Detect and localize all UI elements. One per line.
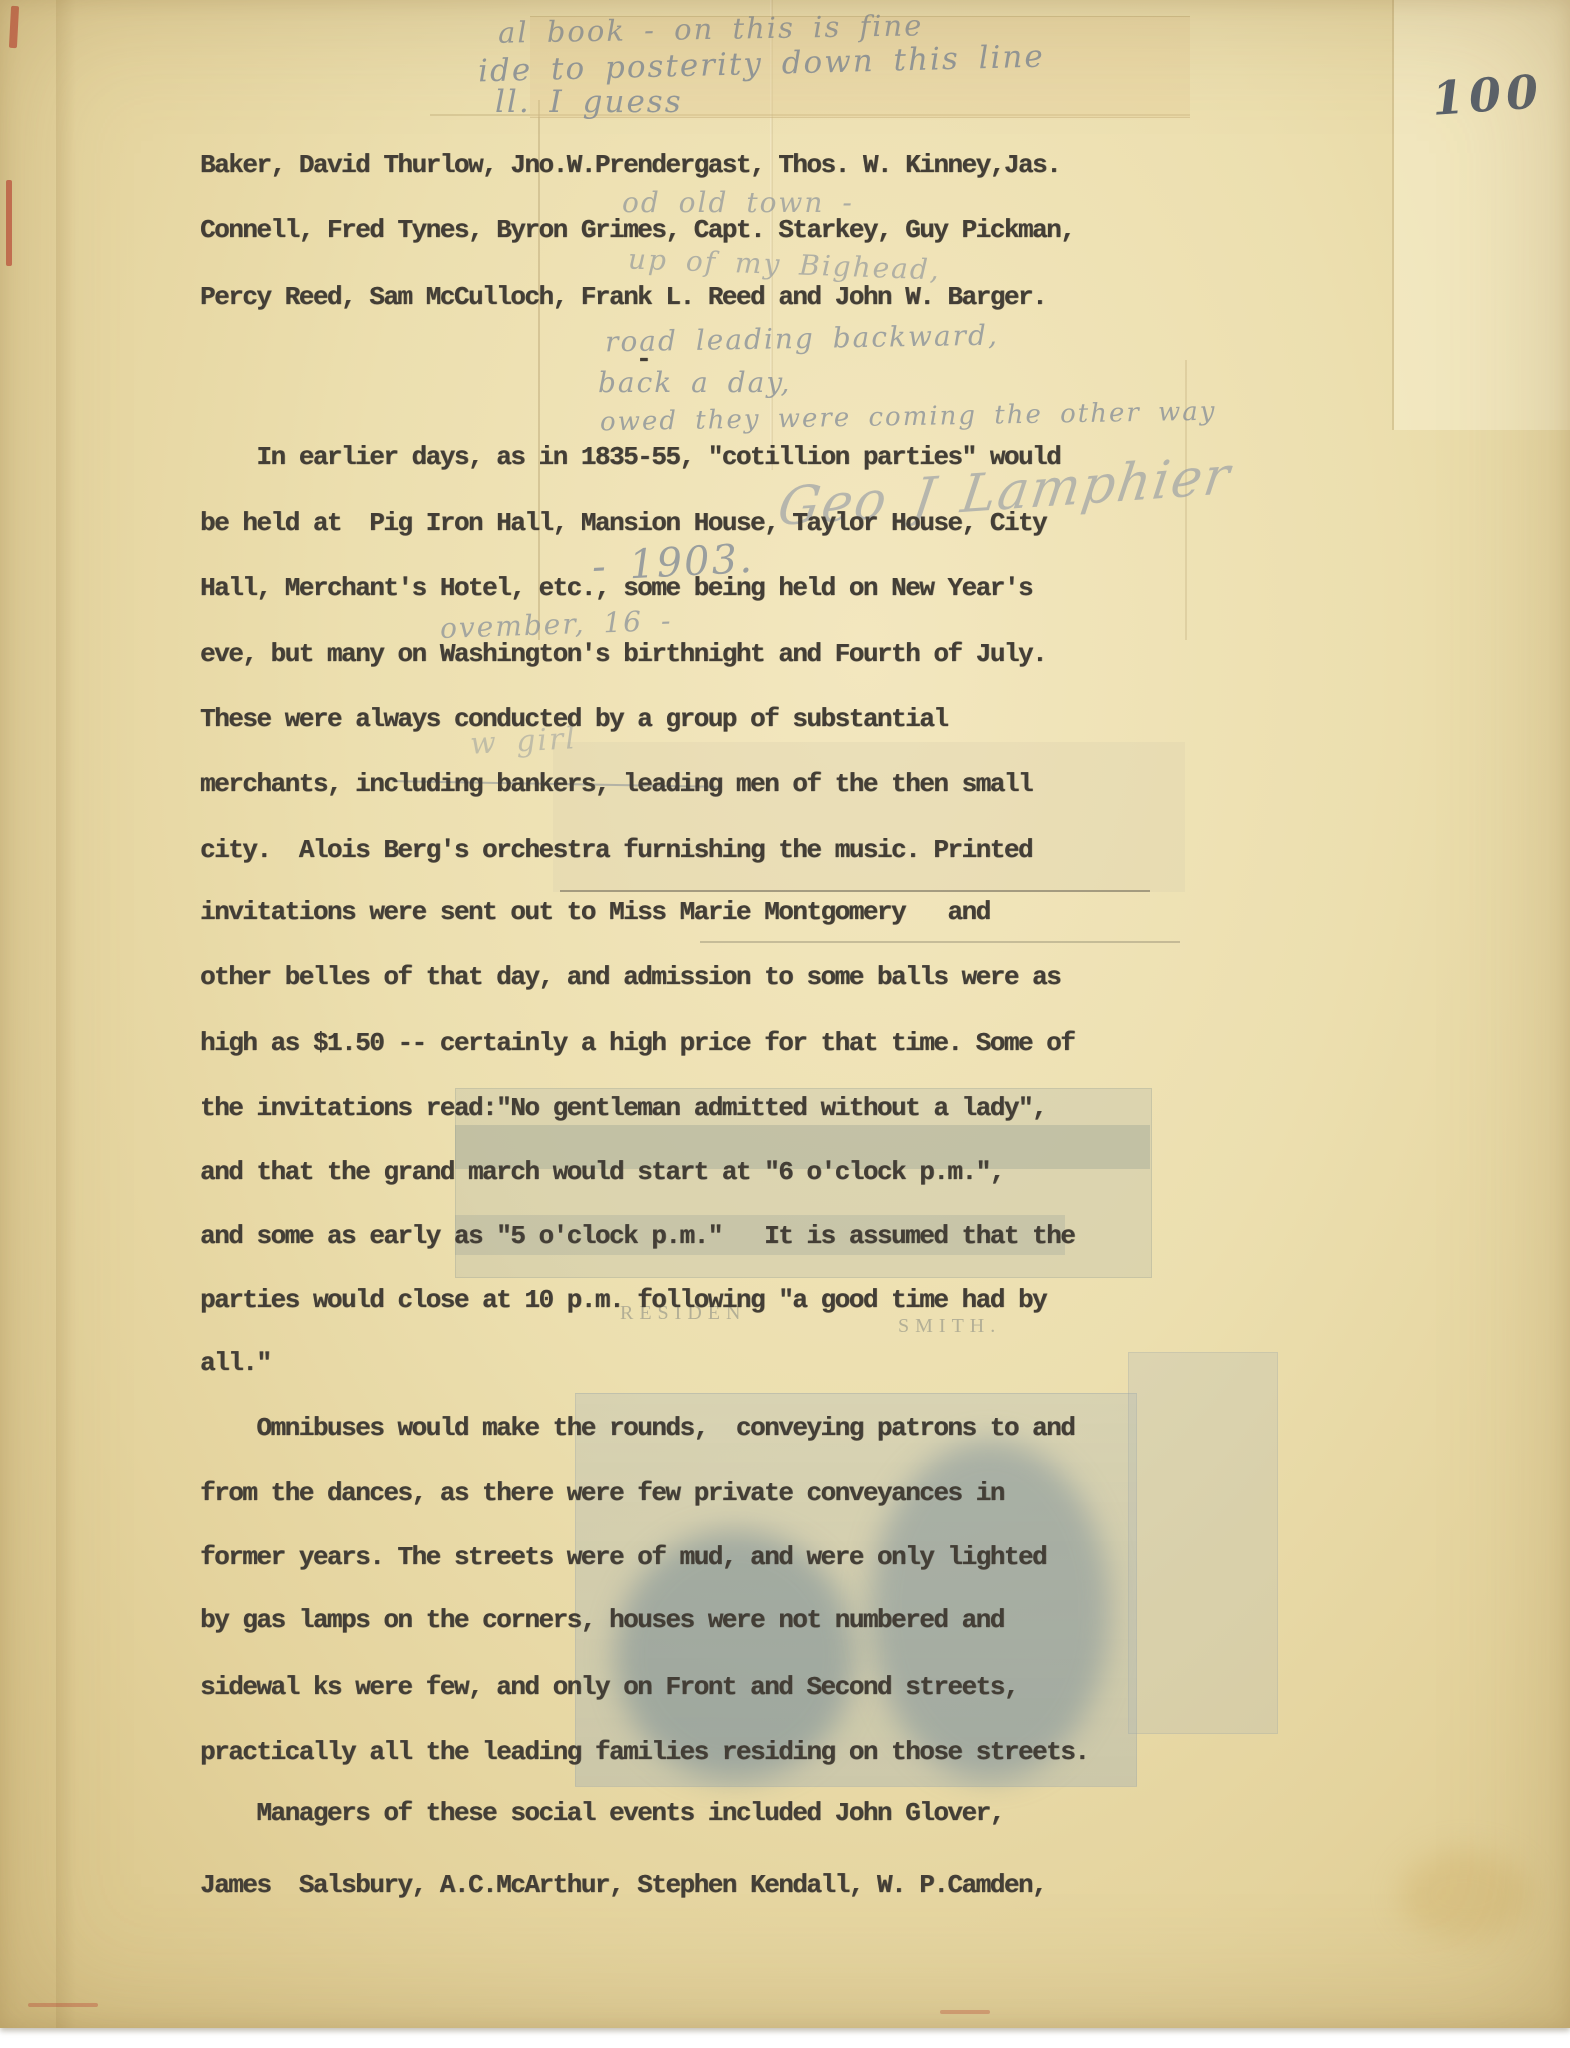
scanned-page: RESIDEN SMITH. al book - on this is fine… xyxy=(0,0,1570,2048)
paper-vignette xyxy=(0,0,1570,2028)
paper-sheet: RESIDEN SMITH. al book - on this is fine… xyxy=(0,0,1570,2028)
